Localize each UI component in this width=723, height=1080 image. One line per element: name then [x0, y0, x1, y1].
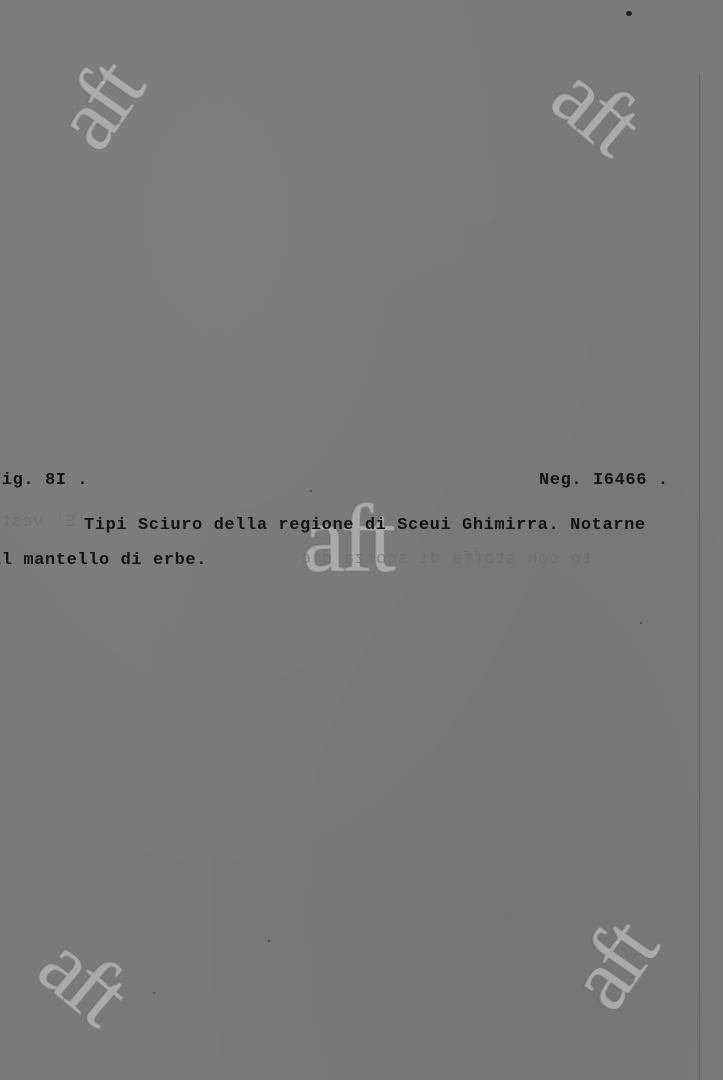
figure-label: Fig. 8I .	[0, 472, 88, 489]
watermark-center: aft	[302, 490, 391, 586]
watermark-bottom-left: aft	[23, 919, 141, 1038]
paper-edge-line	[699, 75, 700, 1080]
negative-number: Neg. I6466 .	[539, 472, 669, 489]
watermark-top-left: aft	[39, 48, 157, 165]
dust-speck	[640, 622, 642, 624]
dust-speck	[626, 11, 632, 16]
dust-speck	[153, 992, 155, 994]
scanned-document-page: aft aft aft aft aft 'E' vest to con stof…	[0, 0, 723, 1080]
watermark-bottom-right: aft	[553, 908, 671, 1025]
bleed-through-text: to con stoffa di scorza d'e	[300, 551, 592, 568]
dust-speck	[268, 940, 270, 942]
caption-line-2: il mantello di erbe.	[0, 552, 207, 569]
caption-line-1: Tipi Sciuro della regione di Sceui Ghimi…	[84, 517, 646, 534]
watermark-top-right: aft	[536, 49, 654, 168]
bleed-through-text: 'E' vest	[0, 514, 86, 531]
